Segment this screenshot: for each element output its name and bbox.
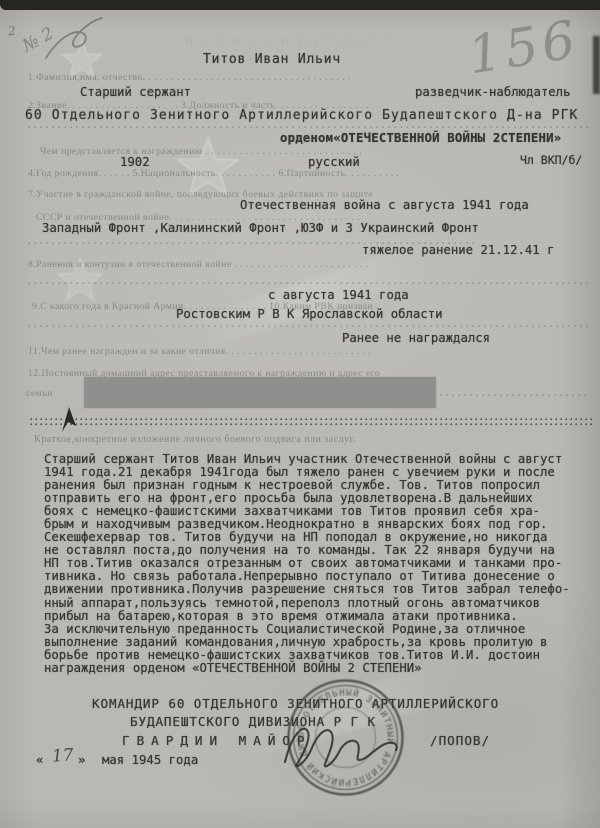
citation-body: Старший сержант Титов Иван Ильич участни… <box>44 453 570 675</box>
ink-blot-arrow <box>55 404 85 436</box>
form-label-wounds: 8.Ранения и контузии в отечественной вой… <box>28 259 368 270</box>
form-label-prior-awards: 11.Чем ранее награжден и за какие отличи… <box>28 346 371 357</box>
ghost-form-title: Н А Г Р А Д Н О Й Л И С Т <box>185 36 390 48</box>
date-quote-open: « <box>36 753 43 767</box>
form-label-name: 1.Фамилия,имя, отчество. . . . . . . . .… <box>28 72 351 83</box>
redaction-box <box>84 377 436 408</box>
field-nationality: русский <box>308 155 360 169</box>
dotted-rule <box>28 126 592 129</box>
date-day-handwritten: 17 <box>51 745 74 766</box>
citation-line: награждения орденом «ОТЕЧЕСТВЕННОЙ ВОЙНЫ… <box>44 662 570 675</box>
dotted-rule <box>28 325 592 328</box>
field-award: орденом«ОТЕЧЕСТВЕННОЙ ВОЙНЫ 2СТЕПЕНИ» <box>280 131 561 145</box>
field-full-name: Титов Иван Ильич <box>203 52 341 67</box>
dotted-rule <box>440 394 590 397</box>
citation-line: движении противника.Получив разрешение с… <box>44 583 570 596</box>
field-in-army-since: с августа 1941 года <box>268 288 409 302</box>
field-prior-awards: Ранее не награждался <box>342 331 490 345</box>
field-fronts: Западный Фронт ,Калининский Фронт ,ЮЗФ и… <box>42 221 479 235</box>
pencil-sheet-number: 156 <box>464 10 583 87</box>
date-month-year: мая 1945 года <box>102 753 198 767</box>
field-party: Чл ВКП/б/ <box>520 153 582 167</box>
citation-line: борьбе против немецко-фашистских захватч… <box>44 649 570 662</box>
form-label-summary-heading: Краткое,конкретное изложение личного бое… <box>34 434 356 445</box>
field-wound: тяжелое ранение 21.12.41 г <box>362 243 555 257</box>
dotted-rule <box>28 282 592 285</box>
scan-top-edge <box>0 0 600 10</box>
handwritten-signature <box>275 710 435 780</box>
field-position: разведчик-наблюдатель <box>415 85 570 99</box>
date-quote-close: » <box>78 753 85 767</box>
field-war-participation: Отечественная война с августа 1941 года <box>240 198 529 212</box>
scanned-document: 2 № 2 156 Н А Г Р А Д Н О Й Л И С Т Тито… <box>0 0 600 828</box>
double-dotted-rule-top <box>30 418 592 421</box>
field-rank: Старший сержант <box>80 85 191 99</box>
pencil-swoosh <box>40 12 130 72</box>
citation-line: прибыл на батарею,которая в это время от… <box>44 610 570 623</box>
form-label-birth-nationality-party: 4.Год рождения. . . . . . 5.Национальнос… <box>28 168 400 179</box>
field-birth-year: 1902 <box>120 155 150 169</box>
field-unit: 60 Отдельного Зенитного Артиллерийского … <box>25 108 578 123</box>
field-drafted-by: Ростовским Р В К Ярославской области <box>176 307 443 321</box>
citation-line: нный аппарат,пользуясь темнотой,переполз… <box>44 597 570 610</box>
double-dotted-rule-bottom <box>30 423 592 426</box>
pencil-mark-small: 2 <box>7 24 16 39</box>
citation-line: За исключительную преданность Социалисти… <box>44 623 570 636</box>
commander-name: /ПОПОВ/ <box>430 733 490 748</box>
citation-line: выполнение заданий командования,личную х… <box>44 636 570 649</box>
form-label-home-address-2: семьи <box>26 388 53 399</box>
scan-right-edge-smudge <box>593 36 600 94</box>
